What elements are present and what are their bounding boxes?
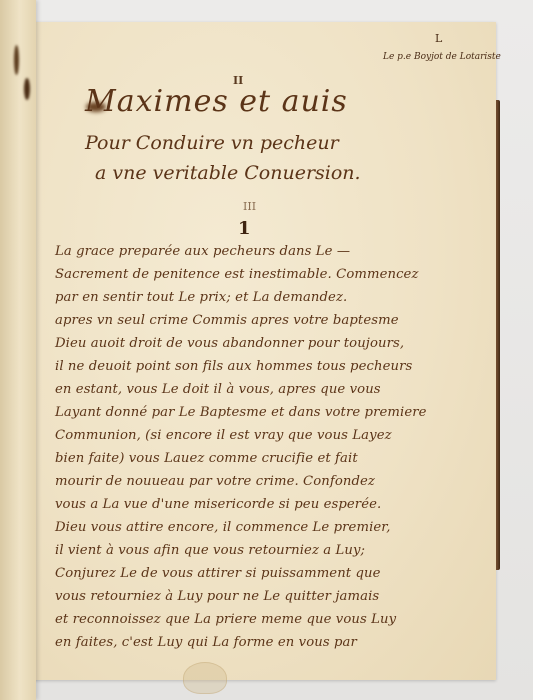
item-number: 1 xyxy=(238,218,251,239)
body-line: Conjurez Le de vous attirer si puissamme… xyxy=(55,566,381,581)
body-line: Layant donné par Le Baptesme et dans vot… xyxy=(55,405,427,420)
body-line: Dieu auoit droit de vous abandonner pour… xyxy=(55,336,404,351)
body-line: vous a La vue d'une misericorde si peu e… xyxy=(55,497,381,512)
margin-annotation: Le p.e Boyjot de Lotariste xyxy=(383,52,501,62)
folio-number: L xyxy=(435,32,442,45)
body-line: mourir de nouueau par votre crime. Confo… xyxy=(55,474,375,489)
body-line: La grace preparée aux pecheurs dans Le — xyxy=(55,244,350,259)
body-line: il ne deuoit point son fils aux hommes t… xyxy=(55,359,412,374)
body-line: en estant, vous Le doit il à vous, apres… xyxy=(55,382,381,397)
title-line-2: Pour Conduire vn pecheur xyxy=(85,132,339,154)
body-line: Dieu vous attire encore, il commence Le … xyxy=(55,520,391,535)
title-line-1: Maximes et auis xyxy=(85,84,348,119)
body-line: Communion, (si encore il est vray que vo… xyxy=(55,428,392,443)
section-numeral-bottom: III xyxy=(243,200,256,213)
body-line: et reconnoissez que La priere meme que v… xyxy=(55,612,396,627)
body-line: vous retourniez à Luy pour ne Le quitter… xyxy=(55,589,379,604)
body-line: en faites, c'est Luy qui La forme en vou… xyxy=(55,635,357,650)
ink-stain xyxy=(14,45,19,75)
body-line: il vient à vous afin que vous retourniez… xyxy=(55,543,365,558)
body-line: par en sentir tout Le prix; et La demand… xyxy=(55,290,347,305)
title-line-3: a vne veritable Conuersion. xyxy=(95,162,361,184)
body-line: apres vn seul crime Commis apres votre b… xyxy=(55,313,399,328)
body-line: bien faite) vous Lauez comme crucifie et… xyxy=(55,451,358,466)
left-page-edge xyxy=(0,0,36,700)
ink-stain xyxy=(24,78,30,100)
body-line: Sacrement de penitence est inestimable. … xyxy=(55,267,419,282)
manuscript-page: L Le p.e Boyjot de Lotariste II Maximes … xyxy=(33,22,496,680)
water-stain xyxy=(183,662,227,694)
